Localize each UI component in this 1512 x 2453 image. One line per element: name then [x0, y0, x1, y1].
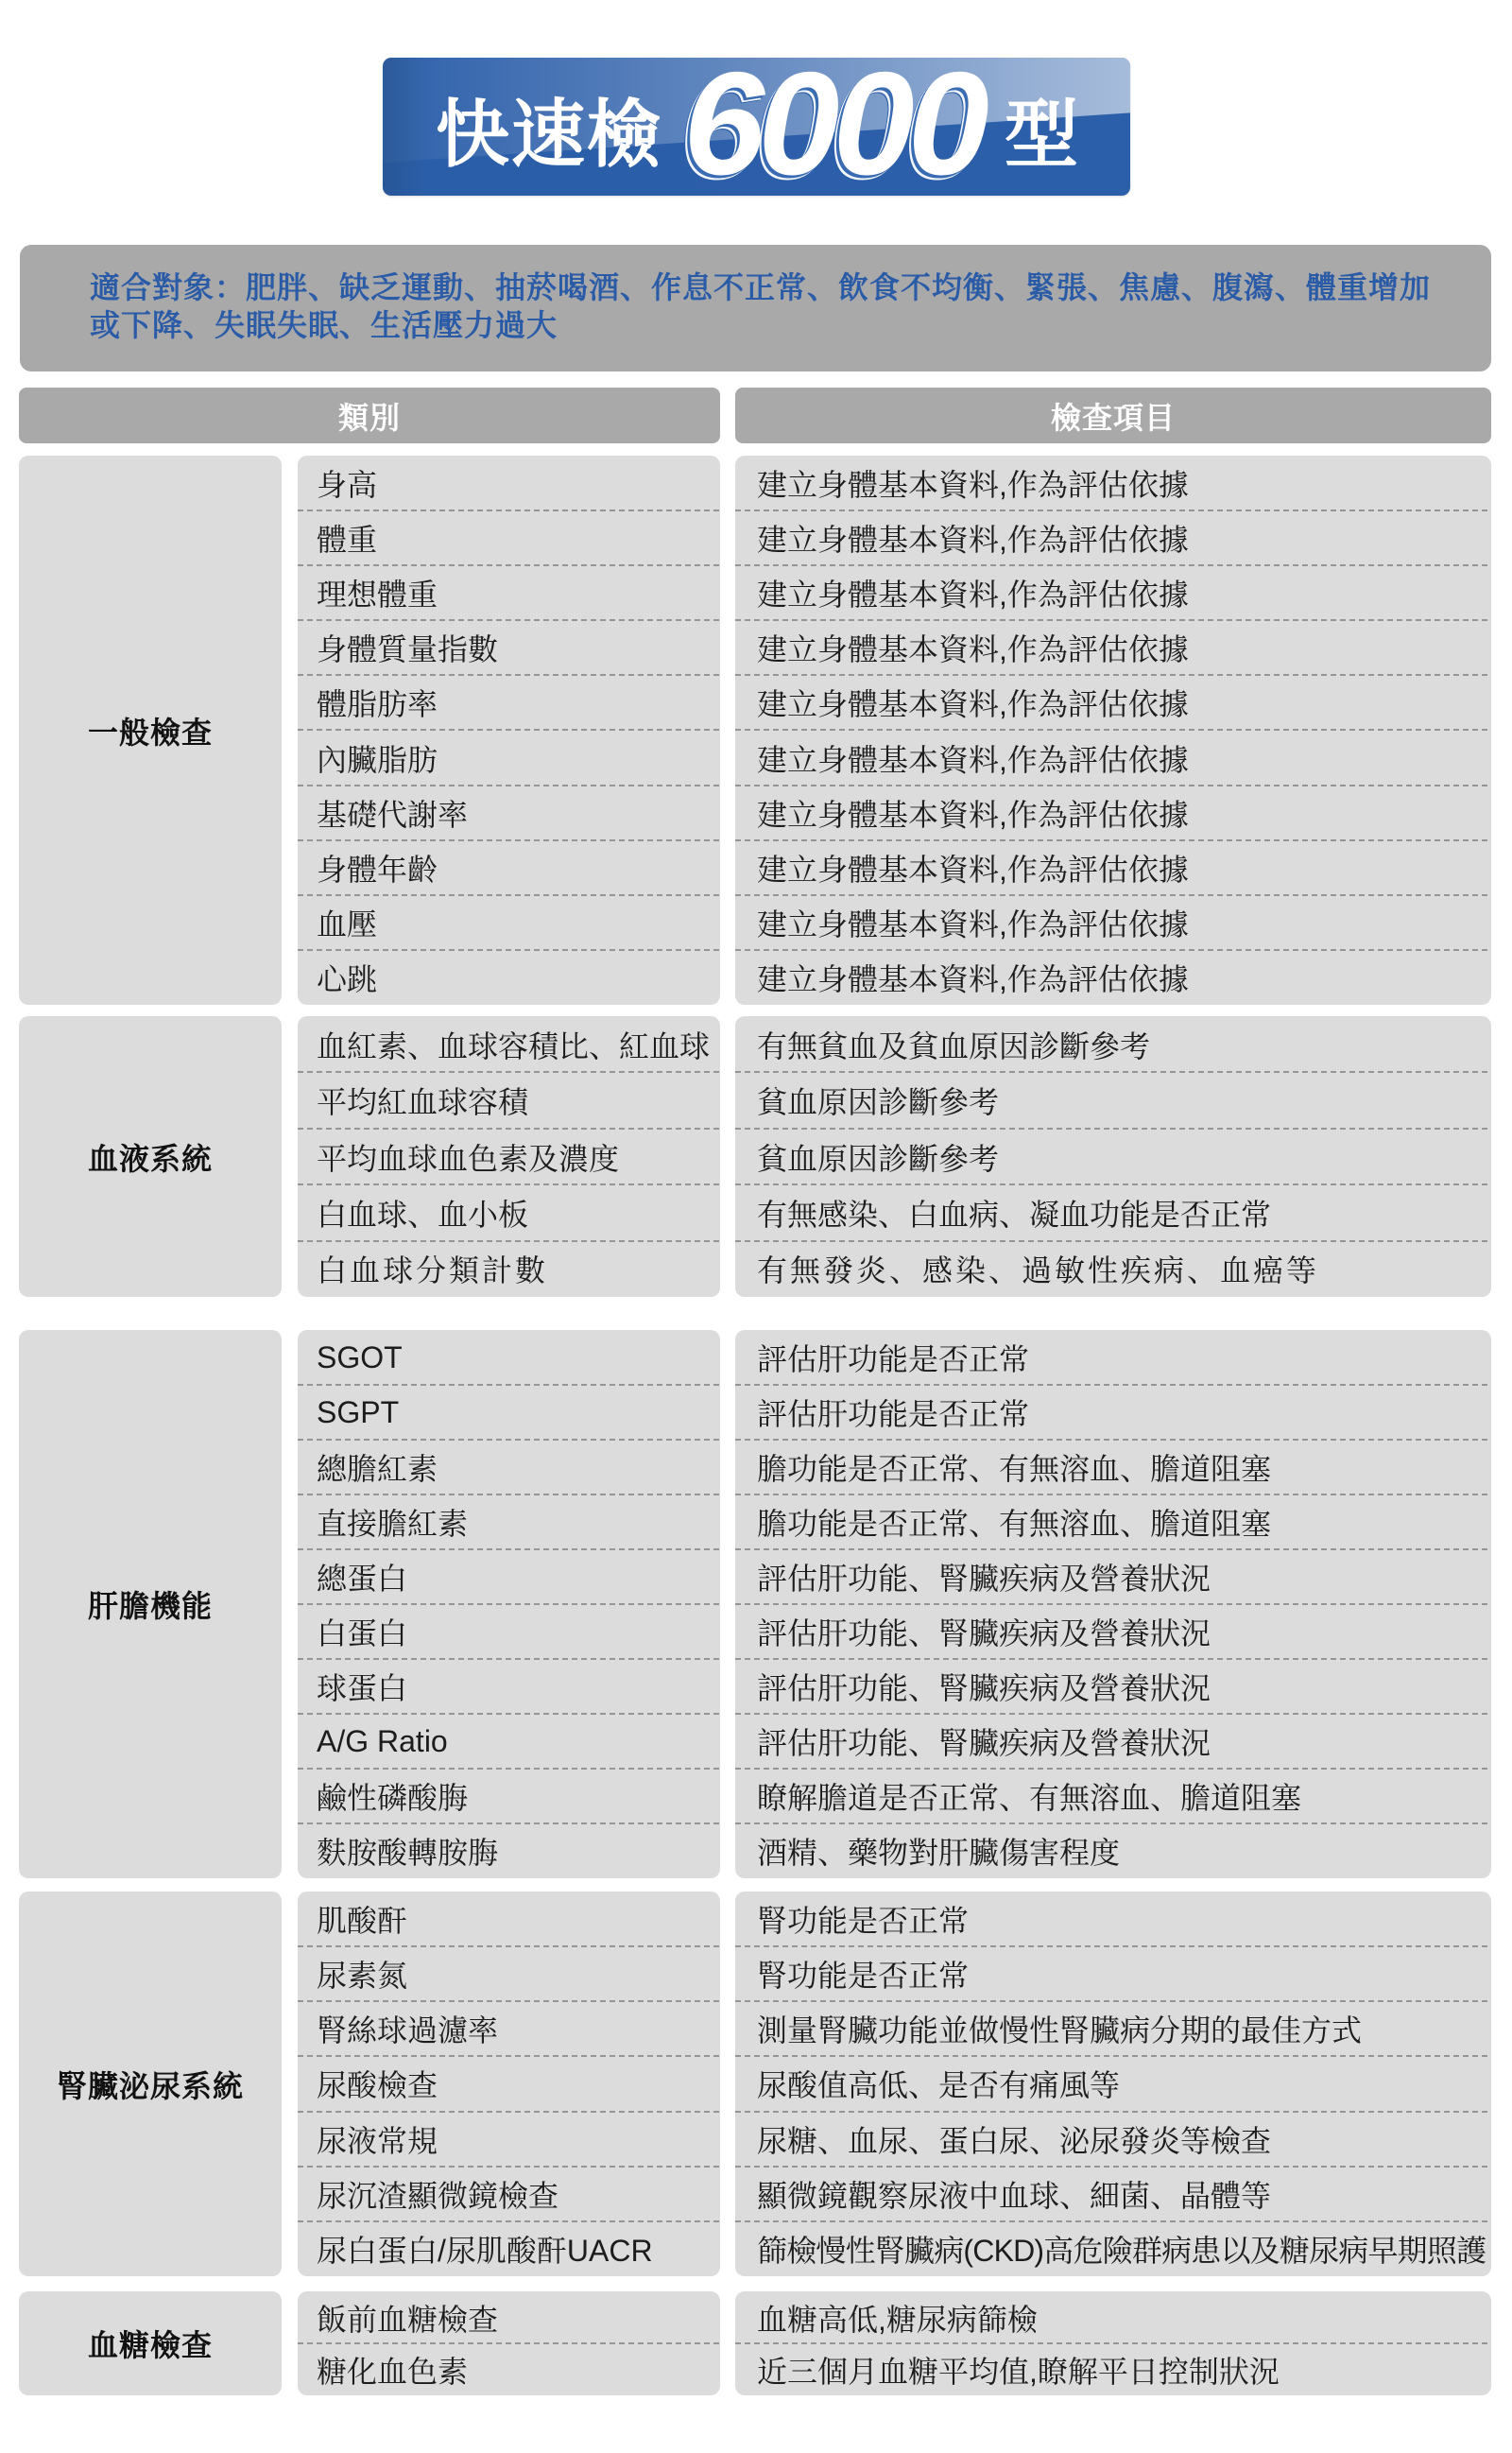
- item-cell: 基礎代謝率: [298, 786, 720, 840]
- item-cell: 平均紅血球容積: [298, 1072, 720, 1128]
- item-column: 飯前血糖檢查 糖化血色素: [298, 2291, 720, 2395]
- item-column: 身高 體重 理想體重 身體質量指數 體脂肪率 內臟脂肪 基礎代謝率 身體年齡 血…: [298, 456, 720, 1005]
- description-cell: 膽功能是否正常、有無溶血、膽道阻塞: [735, 1440, 1491, 1494]
- item-cell: 麩胺酸轉胺脢: [298, 1823, 720, 1878]
- item-cell: A/G Ratio: [298, 1714, 720, 1769]
- group-general-exam: 一般檢查 身高 體重 理想體重 身體質量指數 體脂肪率 內臟脂肪 基礎代謝率 身…: [0, 456, 1512, 1005]
- item-column: 血紅素、血球容積比、紅血球 平均紅血球容積 平均血球血色素及濃度 白血球、血小板…: [298, 1016, 720, 1297]
- description-cell: 建立身體基本資料,作為評估依據: [735, 786, 1491, 840]
- category-label: 一般檢查: [88, 709, 213, 752]
- description-cell: 瞭解膽道是否正常、有無溶血、膽道阻塞: [735, 1769, 1491, 1823]
- description-cell: 建立身體基本資料,作為評估依據: [735, 620, 1491, 675]
- description-cell: 酒精、藥物對肝臟傷害程度: [735, 1823, 1491, 1878]
- item-cell: 尿沉渣顯微鏡檢查: [298, 2167, 720, 2221]
- category-label: 血液系統: [88, 1135, 213, 1179]
- description-cell: 建立身體基本資料,作為評估依據: [735, 950, 1491, 1005]
- item-cell: 身體質量指數: [298, 620, 720, 675]
- title-prefix: 快速檢: [436, 97, 662, 171]
- description-cell: 血糖高低,糖尿病篩檢: [735, 2291, 1491, 2343]
- description-cell: 貧血原因診斷參考: [735, 1072, 1491, 1128]
- item-cell: 總蛋白: [298, 1549, 720, 1604]
- item-cell: 腎絲球過濾率: [298, 2001, 720, 2056]
- item-cell: 體脂肪率: [298, 675, 720, 730]
- item-cell: 白血球、血小板: [298, 1184, 720, 1240]
- description-cell: 建立身體基本資料,作為評估依據: [735, 510, 1491, 565]
- group-blood-system: 血液系統 血紅素、血球容積比、紅血球 平均紅血球容積 平均血球血色素及濃度 白血…: [0, 1016, 1512, 1297]
- description-cell: 評估肝功能是否正常: [735, 1385, 1491, 1440]
- item-cell: 白蛋白: [298, 1604, 720, 1659]
- item-cell: 血壓: [298, 895, 720, 950]
- item-cell: 飯前血糖檢查: [298, 2291, 720, 2343]
- description-cell: 顯微鏡觀察尿液中血球、細菌、晶體等: [735, 2167, 1491, 2221]
- category-label: 肝膽機能: [88, 1582, 213, 1626]
- item-cell: 肌酸酐: [298, 1892, 720, 1946]
- description-cell: 建立身體基本資料,作為評估依據: [735, 895, 1491, 950]
- item-cell: 總膽紅素: [298, 1440, 720, 1494]
- item-cell: SGPT: [298, 1385, 720, 1440]
- item-cell: 血紅素、血球容積比、紅血球: [298, 1016, 720, 1072]
- item-cell: 鹼性磷酸脢: [298, 1769, 720, 1823]
- description-cell: 評估肝功能是否正常: [735, 1330, 1491, 1385]
- description-cell: 有無感染、白血病、凝血功能是否正常: [735, 1184, 1491, 1240]
- description-cell: 評估肝功能、腎臟疾病及營養狀況: [735, 1549, 1491, 1604]
- description-cell: 建立身體基本資料,作為評估依據: [735, 675, 1491, 730]
- description-cell: 建立身體基本資料,作為評估依據: [735, 456, 1491, 510]
- item-cell: 內臟脂肪: [298, 730, 720, 785]
- item-cell: 尿白蛋白/尿肌酸酐UACR: [298, 2221, 720, 2276]
- title-model-number: 6000: [683, 58, 983, 196]
- description-cell: 有無發炎、感染、過敏性疾病、血癌等: [735, 1241, 1491, 1297]
- description-cell: 膽功能是否正常、有無溶血、膽道阻塞: [735, 1494, 1491, 1549]
- description-cell: 有無貧血及貧血原因診斷參考: [735, 1016, 1491, 1072]
- description-cell: 篩檢慢性腎臟病(CKD)高危險群病患以及糖尿病早期照護: [735, 2221, 1491, 2276]
- target-audience-box: 適合對象：肥胖、缺乏運動、抽菸喝酒、作息不正常、飲食不均衡、緊張、焦慮、腹瀉、體…: [20, 245, 1491, 371]
- item-cell: SGOT: [298, 1330, 720, 1385]
- item-cell: 糖化血色素: [298, 2343, 720, 2395]
- item-cell: 尿酸檢查: [298, 2056, 720, 2111]
- category-label: 血糖檢查: [88, 2322, 213, 2365]
- item-cell: 體重: [298, 510, 720, 565]
- description-cell: 建立身體基本資料,作為評估依據: [735, 730, 1491, 785]
- item-column: SGOT SGPT 總膽紅素 直接膽紅素 總蛋白 白蛋白 球蛋白 A/G Rat…: [298, 1330, 720, 1878]
- description-column: 血糖高低,糖尿病篩檢 近三個月血糖平均值,瞭解平日控制狀況: [735, 2291, 1491, 2395]
- item-cell: 直接膽紅素: [298, 1494, 720, 1549]
- title-suffix: 型: [1005, 97, 1078, 171]
- description-cell: 評估肝功能、腎臟疾病及營養狀況: [735, 1714, 1491, 1769]
- description-cell: 近三個月血糖平均值,瞭解平日控制狀況: [735, 2343, 1491, 2395]
- item-cell: 身高: [298, 456, 720, 510]
- description-cell: 貧血原因診斷參考: [735, 1129, 1491, 1184]
- description-cell: 尿糖、血尿、蛋白尿、泌尿發炎等檢查: [735, 2112, 1491, 2167]
- description-cell: 腎功能是否正常: [735, 1892, 1491, 1946]
- item-cell: 心跳: [298, 950, 720, 1005]
- category-cell: 腎臟泌尿系統: [19, 1892, 282, 2276]
- group-kidney-urinary: 腎臟泌尿系統 肌酸酐 尿素氮 腎絲球過濾率 尿酸檢查 尿液常規 尿沉渣顯微鏡檢查…: [0, 1892, 1512, 2276]
- item-cell: 平均血球血色素及濃度: [298, 1129, 720, 1184]
- item-cell: 尿素氮: [298, 1946, 720, 2001]
- description-column: 腎功能是否正常 腎功能是否正常 測量腎臟功能並做慢性腎臟病分期的最佳方式 尿酸值…: [735, 1892, 1491, 2276]
- item-cell: 球蛋白: [298, 1659, 720, 1714]
- description-cell: 腎功能是否正常: [735, 1946, 1491, 2001]
- audience-line-1: 適合對象：肥胖、缺乏運動、抽菸喝酒、作息不正常、飲食不均衡、緊張、焦慮、腹瀉、體…: [90, 268, 1491, 306]
- item-cell: 身體年齡: [298, 840, 720, 895]
- description-cell: 測量腎臟功能並做慢性腎臟病分期的最佳方式: [735, 2001, 1491, 2056]
- category-cell: 血液系統: [19, 1016, 282, 1297]
- item-cell: 白血球分類計數: [298, 1241, 720, 1297]
- header-exam-items: 檢查項目: [735, 388, 1491, 443]
- description-cell: 建立身體基本資料,作為評估依據: [735, 840, 1491, 895]
- category-cell: 肝膽機能: [19, 1330, 282, 1878]
- description-cell: 尿酸值高低、是否有痛風等: [735, 2056, 1491, 2111]
- description-column: 建立身體基本資料,作為評估依據 建立身體基本資料,作為評估依據 建立身體基本資料…: [735, 456, 1491, 1005]
- description-cell: 評估肝功能、腎臟疾病及營養狀況: [735, 1659, 1491, 1714]
- category-cell: 一般檢查: [19, 456, 282, 1005]
- title-banner: 快速檢 6000 型: [383, 58, 1130, 196]
- audience-line-2: 或下降、失眠失眠、生活壓力過大: [90, 306, 1491, 344]
- item-cell: 尿液常規: [298, 2112, 720, 2167]
- category-cell: 血糖檢查: [19, 2291, 282, 2395]
- category-label: 腎臟泌尿系統: [57, 2063, 244, 2106]
- description-column: 有無貧血及貧血原因診斷參考 貧血原因診斷參考 貧血原因診斷參考 有無感染、白血病…: [735, 1016, 1491, 1297]
- description-cell: 評估肝功能、腎臟疾病及營養狀況: [735, 1604, 1491, 1659]
- group-liver-gallbladder: 肝膽機能 SGOT SGPT 總膽紅素 直接膽紅素 總蛋白 白蛋白 球蛋白 A/…: [0, 1330, 1512, 1878]
- description-cell: 建立身體基本資料,作為評估依據: [735, 565, 1491, 620]
- item-column: 肌酸酐 尿素氮 腎絲球過濾率 尿酸檢查 尿液常規 尿沉渣顯微鏡檢查 尿白蛋白/尿…: [298, 1892, 720, 2276]
- item-cell: 理想體重: [298, 565, 720, 620]
- group-blood-sugar: 血糖檢查 飯前血糖檢查 糖化血色素 血糖高低,糖尿病篩檢 近三個月血糖平均值,瞭…: [0, 2291, 1512, 2395]
- header-category: 類別: [19, 388, 720, 443]
- description-column: 評估肝功能是否正常 評估肝功能是否正常 膽功能是否正常、有無溶血、膽道阻塞 膽功…: [735, 1330, 1491, 1878]
